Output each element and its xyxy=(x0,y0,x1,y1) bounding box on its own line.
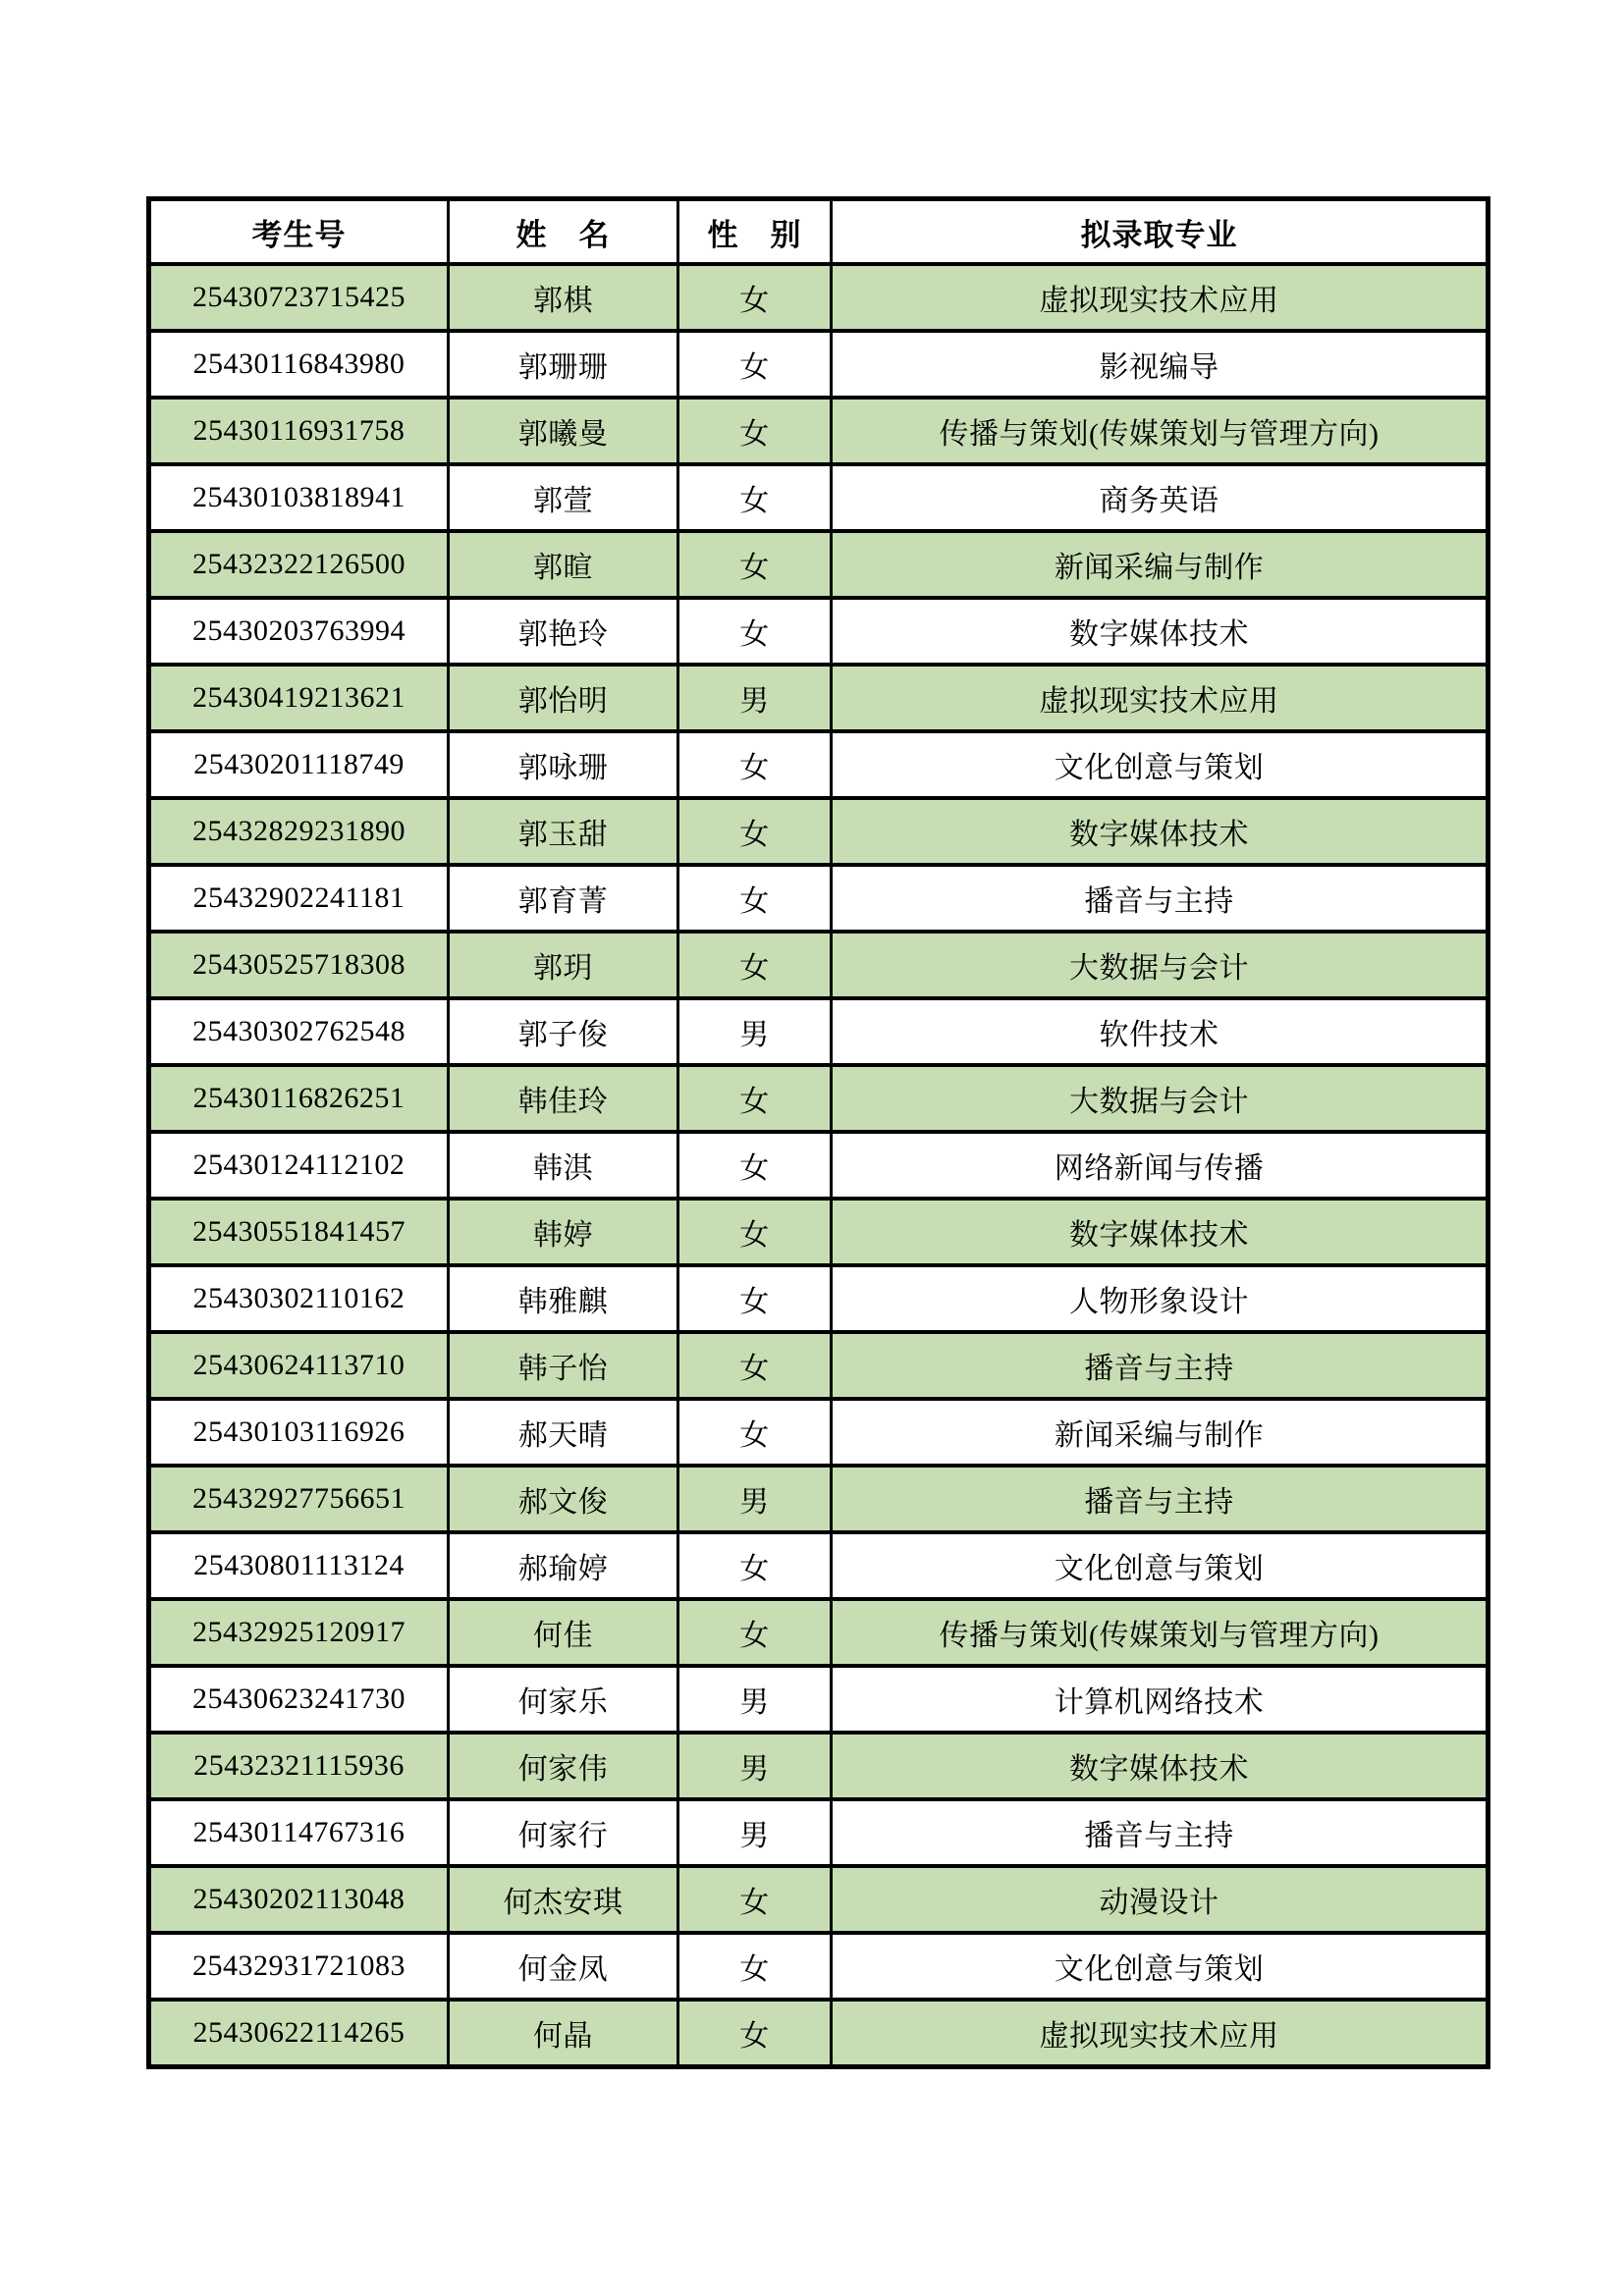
table-row: 25430202113048何杰安琪女动漫设计 xyxy=(149,1866,1489,1933)
table-row: 25430116931758郭曦曼女传播与策划(传媒策划与管理方向) xyxy=(149,398,1489,464)
name-cell: 郭萱 xyxy=(449,464,678,531)
exam-id-cell: 25430525718308 xyxy=(149,932,449,998)
name-cell: 郭玥 xyxy=(449,932,678,998)
table-row: 25430203763994郭艳玲女数字媒体技术 xyxy=(149,598,1489,665)
exam-id-cell: 25430302110162 xyxy=(149,1265,449,1332)
major-cell: 数字媒体技术 xyxy=(832,798,1489,865)
major-cell: 传播与策划(传媒策划与管理方向) xyxy=(832,1599,1489,1666)
name-cell: 韩子怡 xyxy=(449,1332,678,1399)
table-row: 25430723715425郭棋女虚拟现实技术应用 xyxy=(149,264,1489,331)
name-cell: 郭暄 xyxy=(449,531,678,598)
header-major: 拟录取专业 xyxy=(832,199,1489,265)
exam-id-cell: 25432927756651 xyxy=(149,1466,449,1532)
table-row: 25432321115936何家伟男数字媒体技术 xyxy=(149,1733,1489,1799)
gender-cell: 男 xyxy=(678,1799,832,1866)
major-cell: 文化创意与策划 xyxy=(832,1933,1489,2000)
table-row: 25430302762548郭子俊男软件技术 xyxy=(149,998,1489,1065)
table-row: 25432322126500郭暄女新闻采编与制作 xyxy=(149,531,1489,598)
exam-id-cell: 25430202113048 xyxy=(149,1866,449,1933)
table-row: 25430624113710韩子怡女播音与主持 xyxy=(149,1332,1489,1399)
gender-cell: 女 xyxy=(678,1332,832,1399)
gender-cell: 女 xyxy=(678,398,832,464)
exam-id-cell: 25430723715425 xyxy=(149,264,449,331)
exam-id-cell: 25430419213621 xyxy=(149,665,449,731)
gender-cell: 女 xyxy=(678,1132,832,1199)
major-cell: 文化创意与策划 xyxy=(832,1532,1489,1599)
name-cell: 郝天晴 xyxy=(449,1399,678,1466)
exam-id-cell: 25432829231890 xyxy=(149,798,449,865)
exam-id-cell: 25430116826251 xyxy=(149,1065,449,1132)
gender-cell: 女 xyxy=(678,1933,832,2000)
admission-table: 考生号 姓 名 性 别 拟录取专业 25430723715425郭棋女虚拟现实技… xyxy=(146,196,1490,2069)
table-row: 25432931721083何金凤女文化创意与策划 xyxy=(149,1933,1489,2000)
major-cell: 影视编导 xyxy=(832,331,1489,398)
exam-id-cell: 25430801113124 xyxy=(149,1532,449,1599)
major-cell: 软件技术 xyxy=(832,998,1489,1065)
exam-id-cell: 25432902241181 xyxy=(149,865,449,932)
exam-id-cell: 25432321115936 xyxy=(149,1733,449,1799)
gender-cell: 男 xyxy=(678,665,832,731)
name-cell: 何晶 xyxy=(449,2000,678,2067)
exam-id-cell: 25430124112102 xyxy=(149,1132,449,1199)
exam-id-cell: 25430622114265 xyxy=(149,2000,449,2067)
name-cell: 郭育菁 xyxy=(449,865,678,932)
table-row: 25430622114265何晶女虚拟现实技术应用 xyxy=(149,2000,1489,2067)
exam-id-cell: 25430203763994 xyxy=(149,598,449,665)
major-cell: 虚拟现实技术应用 xyxy=(832,2000,1489,2067)
major-cell: 虚拟现实技术应用 xyxy=(832,665,1489,731)
gender-cell: 女 xyxy=(678,531,832,598)
gender-cell: 女 xyxy=(678,1065,832,1132)
table-row: 25430116826251韩佳玲女大数据与会计 xyxy=(149,1065,1489,1132)
table-row: 25430551841457韩婷女数字媒体技术 xyxy=(149,1199,1489,1265)
name-cell: 郝文俊 xyxy=(449,1466,678,1532)
major-cell: 计算机网络技术 xyxy=(832,1666,1489,1733)
major-cell: 动漫设计 xyxy=(832,1866,1489,1933)
major-cell: 播音与主持 xyxy=(832,865,1489,932)
table-row: 25430623241730何家乐男计算机网络技术 xyxy=(149,1666,1489,1733)
gender-cell: 女 xyxy=(678,331,832,398)
page: 考生号 姓 名 性 别 拟录取专业 25430723715425郭棋女虚拟现实技… xyxy=(0,0,1624,2296)
name-cell: 郭怡明 xyxy=(449,665,678,731)
gender-cell: 男 xyxy=(678,1466,832,1532)
table-row: 25430419213621郭怡明男虚拟现实技术应用 xyxy=(149,665,1489,731)
gender-cell: 女 xyxy=(678,1866,832,1933)
table-row: 25430801113124郝瑜婷女文化创意与策划 xyxy=(149,1532,1489,1599)
exam-id-cell: 25430201118749 xyxy=(149,731,449,798)
exam-id-cell: 25430623241730 xyxy=(149,1666,449,1733)
exam-id-cell: 25430103116926 xyxy=(149,1399,449,1466)
exam-id-cell: 25430624113710 xyxy=(149,1332,449,1399)
name-cell: 韩淇 xyxy=(449,1132,678,1199)
major-cell: 数字媒体技术 xyxy=(832,1199,1489,1265)
gender-cell: 女 xyxy=(678,865,832,932)
name-cell: 郭玉甜 xyxy=(449,798,678,865)
name-cell: 何金凤 xyxy=(449,1933,678,2000)
table-row: 25430124112102韩淇女网络新闻与传播 xyxy=(149,1132,1489,1199)
gender-cell: 男 xyxy=(678,998,832,1065)
gender-cell: 女 xyxy=(678,1599,832,1666)
table-row: 25430116843980郭珊珊女影视编导 xyxy=(149,331,1489,398)
major-cell: 文化创意与策划 xyxy=(832,731,1489,798)
major-cell: 人物形象设计 xyxy=(832,1265,1489,1332)
exam-id-cell: 25432322126500 xyxy=(149,531,449,598)
major-cell: 大数据与会计 xyxy=(832,932,1489,998)
name-cell: 韩佳玲 xyxy=(449,1065,678,1132)
name-cell: 郭咏珊 xyxy=(449,731,678,798)
gender-cell: 女 xyxy=(678,264,832,331)
exam-id-cell: 25430103818941 xyxy=(149,464,449,531)
major-cell: 数字媒体技术 xyxy=(832,598,1489,665)
name-cell: 郭子俊 xyxy=(449,998,678,1065)
exam-id-cell: 25432925120917 xyxy=(149,1599,449,1666)
gender-cell: 女 xyxy=(678,464,832,531)
major-cell: 网络新闻与传播 xyxy=(832,1132,1489,1199)
major-cell: 数字媒体技术 xyxy=(832,1733,1489,1799)
table-row: 25430103116926郝天晴女新闻采编与制作 xyxy=(149,1399,1489,1466)
name-cell: 何杰安琪 xyxy=(449,1866,678,1933)
table-row: 25430302110162韩雅麒女人物形象设计 xyxy=(149,1265,1489,1332)
gender-cell: 女 xyxy=(678,932,832,998)
gender-cell: 女 xyxy=(678,798,832,865)
gender-cell: 女 xyxy=(678,1199,832,1265)
name-cell: 韩雅麒 xyxy=(449,1265,678,1332)
major-cell: 新闻采编与制作 xyxy=(832,531,1489,598)
table-body: 25430723715425郭棋女虚拟现实技术应用25430116843980郭… xyxy=(149,264,1489,2067)
major-cell: 虚拟现实技术应用 xyxy=(832,264,1489,331)
gender-cell: 女 xyxy=(678,731,832,798)
name-cell: 郭棋 xyxy=(449,264,678,331)
major-cell: 播音与主持 xyxy=(832,1799,1489,1866)
table-row: 25430114767316何家行男播音与主持 xyxy=(149,1799,1489,1866)
header-name: 姓 名 xyxy=(449,199,678,265)
table-row: 25430201118749郭咏珊女文化创意与策划 xyxy=(149,731,1489,798)
gender-cell: 女 xyxy=(678,2000,832,2067)
header-exam-id: 考生号 xyxy=(149,199,449,265)
name-cell: 郭珊珊 xyxy=(449,331,678,398)
major-cell: 商务英语 xyxy=(832,464,1489,531)
name-cell: 何佳 xyxy=(449,1599,678,1666)
exam-id-cell: 25430551841457 xyxy=(149,1199,449,1265)
gender-cell: 男 xyxy=(678,1666,832,1733)
exam-id-cell: 25430116843980 xyxy=(149,331,449,398)
table-row: 25430525718308郭玥女大数据与会计 xyxy=(149,932,1489,998)
table-header: 考生号 姓 名 性 别 拟录取专业 xyxy=(149,199,1489,265)
name-cell: 郭艳玲 xyxy=(449,598,678,665)
major-cell: 大数据与会计 xyxy=(832,1065,1489,1132)
exam-id-cell: 25430116931758 xyxy=(149,398,449,464)
table-row: 25432829231890郭玉甜女数字媒体技术 xyxy=(149,798,1489,865)
name-cell: 何家行 xyxy=(449,1799,678,1866)
gender-cell: 女 xyxy=(678,598,832,665)
name-cell: 郭曦曼 xyxy=(449,398,678,464)
table-row: 25430103818941郭萱女商务英语 xyxy=(149,464,1489,531)
major-cell: 播音与主持 xyxy=(832,1466,1489,1532)
gender-cell: 女 xyxy=(678,1399,832,1466)
table-row: 25432927756651郝文俊男播音与主持 xyxy=(149,1466,1489,1532)
table-row: 25432925120917何佳女传播与策划(传媒策划与管理方向) xyxy=(149,1599,1489,1666)
name-cell: 韩婷 xyxy=(449,1199,678,1265)
major-cell: 播音与主持 xyxy=(832,1332,1489,1399)
name-cell: 何家伟 xyxy=(449,1733,678,1799)
exam-id-cell: 25430114767316 xyxy=(149,1799,449,1866)
table-row: 25432902241181郭育菁女播音与主持 xyxy=(149,865,1489,932)
gender-cell: 女 xyxy=(678,1532,832,1599)
name-cell: 何家乐 xyxy=(449,1666,678,1733)
gender-cell: 女 xyxy=(678,1265,832,1332)
name-cell: 郝瑜婷 xyxy=(449,1532,678,1599)
exam-id-cell: 25432931721083 xyxy=(149,1933,449,2000)
gender-cell: 男 xyxy=(678,1733,832,1799)
header-gender: 性 别 xyxy=(678,199,832,265)
header-row: 考生号 姓 名 性 别 拟录取专业 xyxy=(149,199,1489,265)
exam-id-cell: 25430302762548 xyxy=(149,998,449,1065)
major-cell: 传播与策划(传媒策划与管理方向) xyxy=(832,398,1489,464)
major-cell: 新闻采编与制作 xyxy=(832,1399,1489,1466)
